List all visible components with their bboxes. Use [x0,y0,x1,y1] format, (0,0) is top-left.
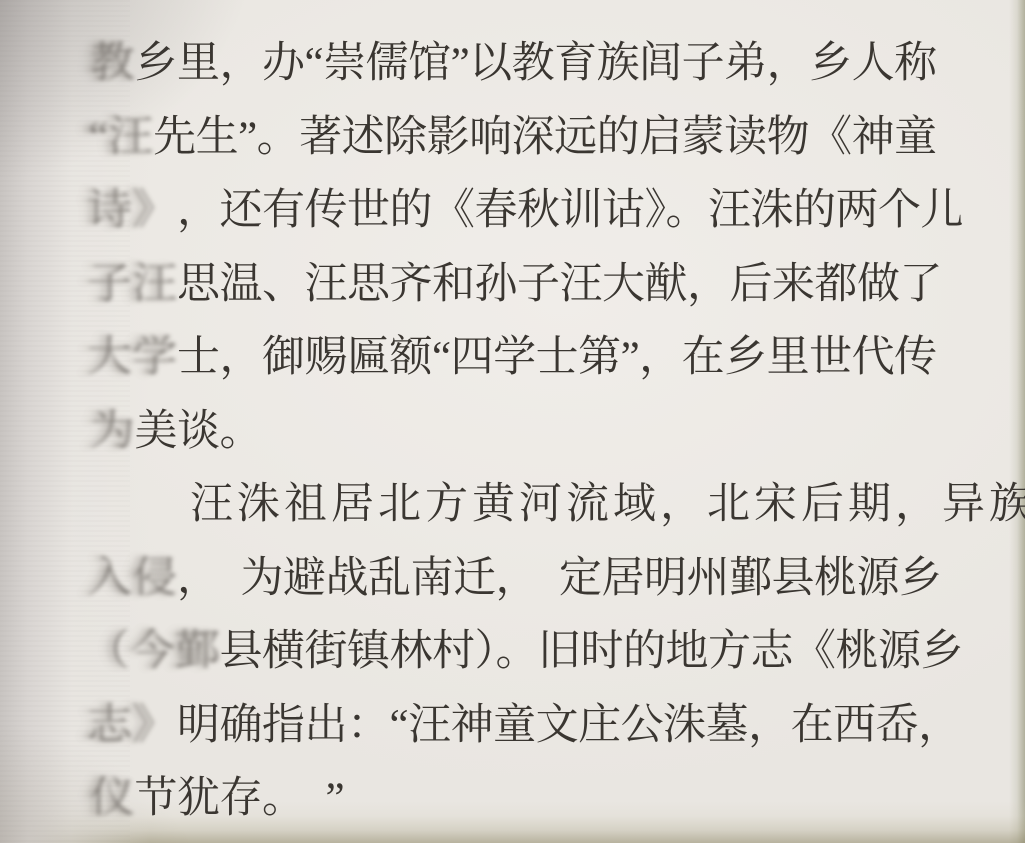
blurred-prefix: “汪 [88,101,153,175]
blurred-prefix: 志》 [87,689,177,763]
text-line-paragraph-start: 汪洙祖居北方黄河流域，北宋后期，异族 [92,468,1017,542]
text-block: 教乡里，办“崇儒馆”以教育族闾子弟，乡人称 “汪先生”。著述除影响深远的启蒙读物… [92,27,1017,836]
blurred-prefix: 为 [89,395,134,469]
line-text: 乡里，办“崇儒馆”以教育族闾子弟，乡人称 [135,40,937,87]
blurred-prefix: 教 [89,27,134,101]
blurred-prefix: 仪 [89,762,134,836]
blurred-prefix: 大学 [87,321,177,395]
text-line: 入侵， 为避战乱南迁， 定居明州鄞县桃源乡 [92,542,1017,616]
line-text: 先生”。著述除影响深远的启蒙读物《神童 [153,114,937,161]
text-line: （今鄞县横街镇林村）。旧时的地方志《桃源乡 [92,615,1017,689]
text-line: 诗》，还有传世的《春秋训诂》。汪洙的两个儿 [92,174,1017,248]
text-line: 教乡里，办“崇儒馆”以教育族闾子弟，乡人称 [92,27,1017,101]
blurred-prefix: 子汪 [87,248,177,322]
text-line: “汪先生”。著述除影响深远的启蒙读物《神童 [92,101,1017,175]
line-text: 明确指出：“汪神童文庄公洙墓，在西岙， [177,702,961,749]
text-line: 大学士，御赐匾额“四学士第”，在乡里世代传 [92,321,1017,395]
line-text: 思温、汪思齐和孙子汪大猷，后来都做了 [177,261,942,308]
text-line: 为美谈。 [92,395,1017,469]
text-line: 仪节犹存。 ” [92,762,1017,836]
line-text: 节犹存。 ” [135,775,345,822]
blurred-prefix: （今鄞 [84,615,219,689]
blurred-prefix: 入侵 [87,542,177,616]
scanned-book-page: { "colors": { "paper": "#ece9e4", "ink":… [0,0,1025,843]
text-line: 志》明确指出：“汪神童文庄公洙墓，在西岙， [92,689,1017,763]
line-text: 县横街镇林村）。旧时的地方志《桃源乡 [220,628,964,675]
line-text: ，还有传世的《春秋训诂》。汪洙的两个儿 [177,187,963,234]
line-text: ， 为避战乱南迁， 定居明州鄞县桃源乡 [177,555,942,602]
blurred-prefix: 诗》 [87,174,177,248]
line-text: 士，御赐匾额“四学士第”，在乡里世代传 [177,334,937,381]
line-text: 美谈。 [135,408,263,455]
text-line: 子汪思温、汪思齐和孙子汪大猷，后来都做了 [92,248,1017,322]
line-text: 汪洙祖居北方黄河流域，北宋后期，异族 [190,481,1025,528]
